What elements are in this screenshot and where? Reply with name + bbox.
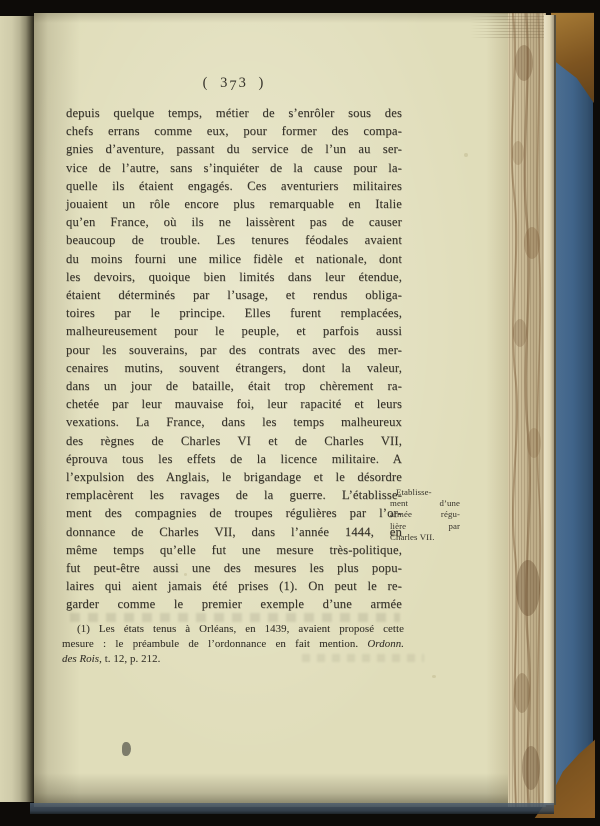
text-line: étaient déterminés par l’usage, et rendu…	[66, 286, 402, 304]
text-line: fut peut-être aussi une des mesures les …	[66, 559, 402, 577]
ink-blot-stain	[122, 742, 131, 756]
foxing-spot	[334, 275, 337, 278]
text-line: gnies d’aventure, passant du service de …	[66, 140, 402, 158]
margin-note-line: armée régu-	[390, 509, 460, 520]
text-line: pour les souverains, par des contrats av…	[66, 341, 402, 359]
text-line: éprouva tous les effets de la licence mi…	[66, 450, 402, 468]
footnote-line: mesure : le préambule de l’ordonnance en…	[62, 637, 404, 652]
marbled-fore-edge	[506, 13, 546, 807]
text-line: toires par le principe. Elles furent rem…	[66, 304, 402, 322]
text-line: jouaient un rôle encore plus remarquable…	[66, 195, 402, 213]
text-line: donnance de Charles VII, dans l’année 14…	[66, 523, 402, 541]
footnote-text: mesure : le préambule de l’ordonnance en…	[62, 638, 367, 650]
text-line: quelle ils étaient engagés. Ces aventuri…	[66, 177, 402, 195]
text-line: remplacèrent les ravages de la guerre. L…	[66, 486, 402, 504]
foxing-spot	[464, 153, 468, 157]
text-line: l’expulsion des Anglais, le brigandage e…	[66, 468, 402, 486]
foxing-spot	[184, 573, 187, 576]
footnote-line: (1) Les états tenus à Orléans, en 1439, …	[62, 622, 404, 637]
text-line: les devoirs, quoique bien limités dans l…	[66, 268, 402, 286]
text-line: garder comme le premier exemple d’une ar…	[66, 595, 402, 613]
footnote: (1) Les états tenus à Orléans, en 1439, …	[62, 622, 404, 666]
page-number-right: 3 )	[239, 75, 266, 91]
page-number-left: ( 3	[203, 75, 230, 91]
margin-note-line: lière par	[390, 521, 460, 532]
footnote-text: , t. 12, p. 212.	[99, 653, 160, 665]
text-line: laires qui aient jamais été prises (1). …	[66, 577, 402, 595]
text-line: des règnes de Charles VI et de Charles V…	[66, 432, 402, 450]
margin-note-line: ment d’une	[390, 498, 460, 509]
foxing-spot	[104, 203, 108, 206]
foxing-spot	[432, 675, 436, 678]
margin-note: Etablisse- ment d’une armée régu- lière …	[390, 487, 460, 543]
page-block-top-edge	[470, 13, 544, 40]
text-line: même temps qu’elle fut une mesure très-p…	[66, 541, 402, 559]
facing-page-edge	[0, 16, 34, 802]
text-line: cenaires mutins, souvent étrangers, dont…	[66, 359, 402, 377]
margin-note-line: Etablisse-	[390, 487, 460, 498]
page-number-seven: 7	[229, 78, 238, 94]
text-line: vice de l’autre, sans s’inquiéter de la …	[66, 159, 402, 177]
text-line: malheureusement pour le peuple, et parfo…	[66, 322, 402, 340]
text-line: du moins fourni une milice fidèle et nat…	[66, 250, 402, 268]
footnote-citation: des Rois	[62, 653, 99, 665]
page-number: ( 373 )	[66, 75, 402, 92]
book-cover-board	[556, 30, 593, 800]
fore-edge-highlight	[544, 15, 556, 805]
ink-bleedthrough	[70, 613, 400, 622]
text-line: ment des compagnies de troupes régulière…	[66, 504, 402, 522]
text-line: beaucoup de trouble. Les tenures féodale…	[66, 231, 402, 249]
text-line: chefs errans comme eux, pour former des …	[66, 122, 402, 140]
footnote-line: des Rois, t. 12, p. 212.	[62, 652, 404, 667]
text-line: depuis quelque temps, métier de s’enrôle…	[66, 104, 402, 122]
marble-veins-pattern	[506, 13, 546, 807]
book-scan: ( 373 ) depuis quelque temps, métier de …	[0, 0, 600, 826]
cover-bottom-edge	[30, 803, 554, 814]
text-line: dans un jour de bataille, était trop chè…	[66, 377, 402, 395]
body-text: depuis quelque temps, métier de s’enrôle…	[66, 104, 402, 614]
text-line: vexations. La France, dans les temps mal…	[66, 413, 402, 431]
book-page: ( 373 ) depuis quelque temps, métier de …	[34, 13, 508, 807]
text-line: chetée par leur mauvaise foi, leur rapac…	[66, 395, 402, 413]
text-line: qu’en France, où ils ne laissèrent pas d…	[66, 213, 402, 231]
footnote-citation: Ordonn.	[367, 638, 404, 650]
margin-note-line: Charles VII.	[390, 532, 460, 543]
